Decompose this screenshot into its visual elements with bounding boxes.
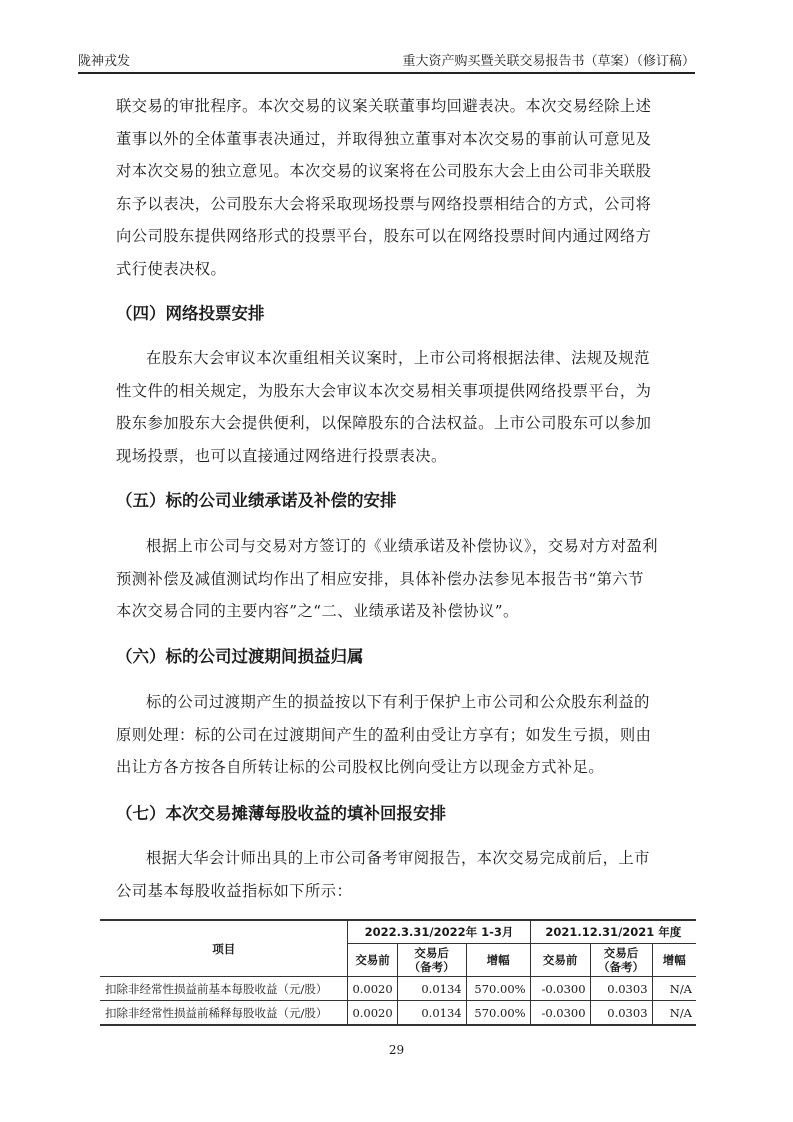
cell-value: 0.0020 [348,977,397,1001]
cell-value: 570.00% [466,1001,530,1026]
text-line: 对本次交易的独立意见。本次交易的议案将在公司股东大会上由公司非关联股 [116,155,700,188]
subheader-change: 增幅 [466,944,530,977]
text-line: 根据上市公司与交易对方签订的《业绩承诺及补偿协议》，交易对方对盈利 [116,530,700,563]
cell-value: -0.0300 [530,1001,590,1026]
cell-value: 0.0134 [397,977,466,1001]
subheader-change: 增幅 [652,944,696,977]
section-heading-4: （四）网络投票安排 [116,303,265,325]
cell-value: 0.0303 [590,1001,652,1026]
subheader-after-proforma: 交易后（备考） [397,944,466,977]
header-period-2021: 2021.12.31/2021 年度 [530,920,696,944]
cell-value: N/A [652,977,696,1001]
text-line: 根据大华会计师出具的上市公司备考审阅报告，本次交易完成前后，上市 [116,842,700,875]
cell-value: 0.0134 [397,1001,466,1026]
cell-value: N/A [652,1001,696,1026]
row-label: 扣除非经常性损益前稀释每股收益（元/股） [100,1001,348,1026]
page-header: 陇神戎发 重大资产购买暨关联交易报告书（草案）（修订稿） [78,54,695,74]
text-line: 联交易的审批程序。本次交易的议案关联董事均回避表决。本次交易经除上述 [116,90,700,123]
text-line: 向公司股东提供网络形式的投票平台，股东可以在网络投票时间内通过网络方 [116,220,700,253]
header-period-2022q1: 2022.3.31/2022年 1-3月 [348,920,530,944]
text-line: 在股东大会审议本次重组相关议案时，上市公司将根据法律、法规及规范 [116,342,700,375]
text-line: 性文件的相关规定，为股东大会审议本次交易相关事项提供网络投票平台，为 [116,375,700,408]
text-line: 预测补偿及减值测试均作出了相应安排，具体补偿办法参见本报告书“第六节 [116,563,700,596]
section-heading-5: （五）标的公司业绩承诺及补偿的安排 [116,490,397,512]
header-item: 项目 [100,920,348,977]
text-line: 本次交易合同的主要内容”之“二、业绩承诺及补偿协议”。 [116,595,700,628]
section-6-paragraph: 标的公司过渡期产生的损益按以下有利于保护上市公司和公众股东利益的 原则处理：标的… [116,686,700,784]
table-row: 扣除非经常性损益前稀释每股收益（元/股） 0.0020 0.0134 570.0… [100,1001,696,1026]
cell-value: -0.0300 [530,977,590,1001]
eps-table: 项目 2022.3.31/2022年 1-3月 2021.12.31/2021 … [100,919,696,1026]
text-line: 董事以外的全体董事表决通过，并取得独立董事对本次交易的事前认可意见及 [116,123,700,156]
text-line: 公司基本每股收益指标如下所示： [116,875,700,908]
intro-paragraph: 联交易的审批程序。本次交易的议案关联董事均回避表决。本次交易经除上述 董事以外的… [116,90,700,285]
table-header-row: 项目 2022.3.31/2022年 1-3月 2021.12.31/2021 … [100,920,696,944]
subheader-after-proforma: 交易后（备考） [590,944,652,977]
text-line: 现场投票，也可以直接通过网络进行投票表决。 [116,440,700,473]
text-line: 原则处理：标的公司在过渡期间产生的盈利由受让方享有；如发生亏损，则由 [116,719,700,752]
section-7-paragraph: 根据大华会计师出具的上市公司备考审阅报告，本次交易完成前后，上市 公司基本每股收… [116,842,700,907]
section-5-paragraph: 根据上市公司与交易对方签订的《业绩承诺及补偿协议》，交易对方对盈利 预测补偿及减… [116,530,700,628]
section-4-paragraph: 在股东大会审议本次重组相关议案时，上市公司将根据法律、法规及规范 性文件的相关规… [116,342,700,472]
table-row: 扣除非经常性损益前基本每股收益（元/股） 0.0020 0.0134 570.0… [100,977,696,1001]
page-number: 29 [0,1043,793,1057]
header-company: 陇神戎发 [78,54,130,70]
cell-value: 0.0303 [590,977,652,1001]
text-line: 式行使表决权。 [116,253,700,286]
row-label: 扣除非经常性损益前基本每股收益（元/股） [100,977,348,1001]
subheader-before: 交易前 [348,944,397,977]
subheader-before: 交易前 [530,944,590,977]
header-doc-title: 重大资产购买暨关联交易报告书（草案）（修订稿） [402,54,695,70]
text-line: 出让方各方按各自所转让标的公司股权比例向受让方以现金方式补足。 [116,751,700,784]
text-line: 股东参加股东大会提供便利，以保障股东的合法权益。上市公司股东可以参加 [116,407,700,440]
text-line: 东予以表决，公司股东大会将采取现场投票与网络投票相结合的方式，公司将 [116,188,700,221]
cell-value: 570.00% [466,977,530,1001]
cell-value: 0.0020 [348,1001,397,1026]
section-heading-7: （七）本次交易摊薄每股收益的填补回报安排 [116,803,446,825]
text-line: 标的公司过渡期产生的损益按以下有利于保护上市公司和公众股东利益的 [116,686,700,719]
section-heading-6: （六）标的公司过渡期间损益归属 [116,646,364,668]
